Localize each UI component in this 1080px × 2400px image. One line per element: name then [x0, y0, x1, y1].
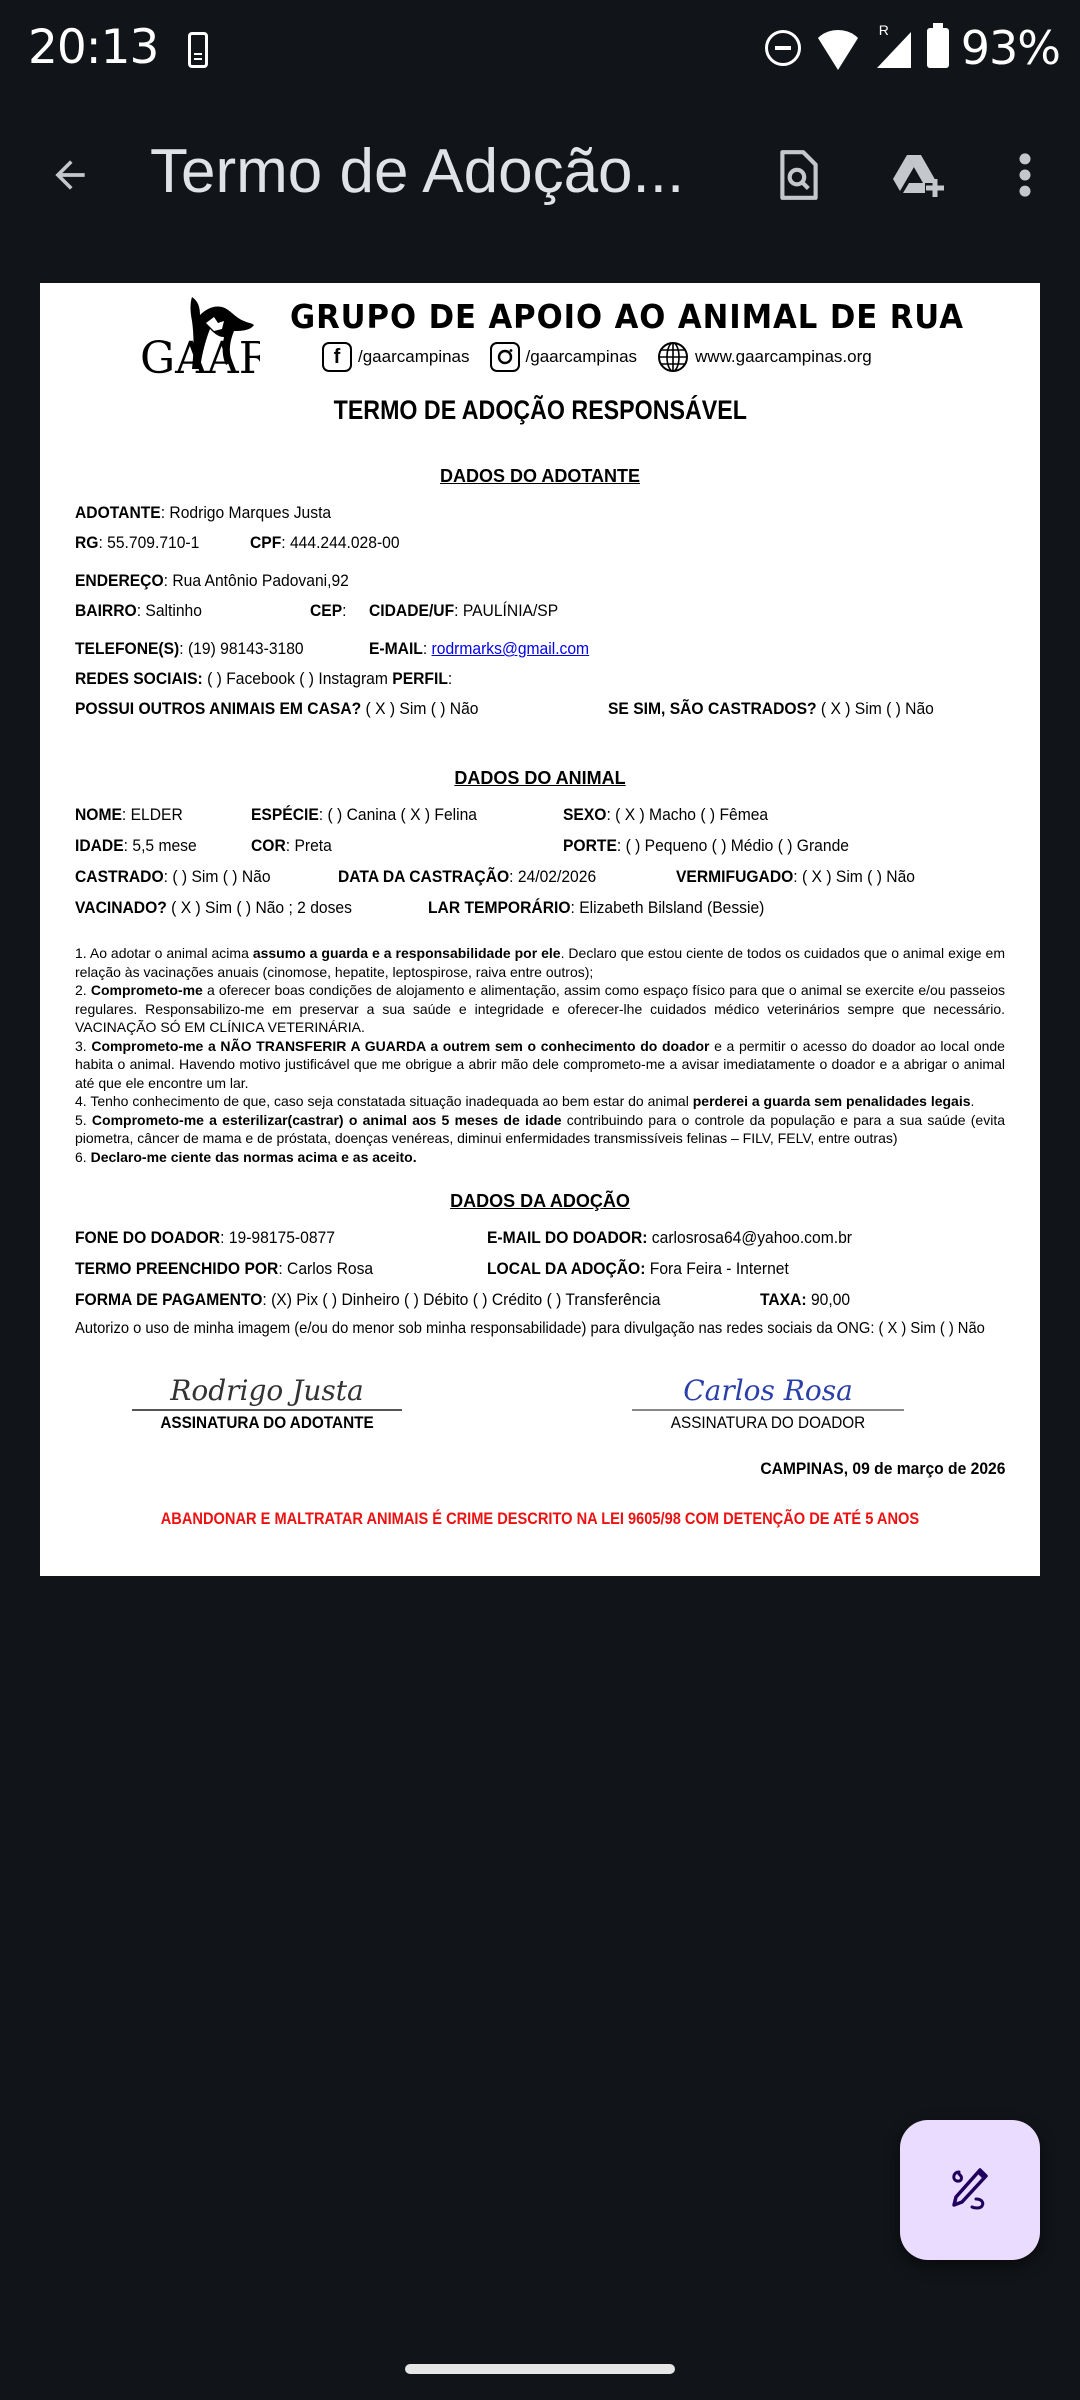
instagram-handle: /gaarcampinas [526, 347, 638, 367]
field-castrados: SE SIM, SÃO CASTRADOS? ( X ) Sim ( ) Não [608, 699, 934, 719]
add-to-drive-icon [891, 150, 947, 200]
field-outros-animais: POSSUI OUTROS ANIMAIS EM CASA? ( X ) Sim… [75, 699, 479, 719]
more-options-button[interactable] [992, 142, 1058, 208]
field-preenchido-por: TERMO PREENCHIDO POR: Carlos Rosa [75, 1259, 373, 1279]
value: 19-98175-0877 [229, 1228, 335, 1247]
term-bold-text: perderei a guarda sem penalidades legais [693, 1093, 971, 1109]
label: CIDADE/UF [369, 601, 454, 620]
value: ( X ) Macho ( ) Fêmea [615, 805, 768, 824]
field-endereco: ENDEREÇO: Rua Antônio Padovani,92 [75, 571, 349, 591]
value: Rua Antônio Padovani,92 [172, 571, 349, 590]
notification-icon [188, 32, 208, 68]
term-bold-text: Declaro-me ciente das normas acima e as … [91, 1149, 417, 1165]
signature-pen-icon [946, 2166, 994, 2214]
value: ( ) Facebook ( ) Instagram [207, 669, 388, 688]
field-adotante: ADOTANTE: Rodrigo Marques Justa [75, 503, 331, 523]
term-bold-text: Comprometo-me a NÃO TRANSFERIR A GUARDA … [91, 1038, 709, 1054]
value: 5,5 mese [132, 836, 196, 855]
label: CEP [310, 601, 342, 620]
doador-signature-script: Carlos Rosa [632, 1373, 904, 1409]
status-bar: 20:13 R 93% [0, 0, 1080, 100]
label: DATA DA CASTRAÇÃO [338, 867, 509, 886]
label: TAXA: [760, 1290, 807, 1309]
field-lar-temporario: LAR TEMPORÁRIO: Elizabeth Bilsland (Bess… [428, 898, 764, 918]
value: Fora Feira - Internet [650, 1259, 789, 1278]
term-text: 6. [75, 1149, 91, 1165]
value: 444.244.028-00 [290, 533, 400, 552]
label: E-MAIL [369, 639, 423, 658]
value: (X) Pix ( ) Dinheiro ( ) Débito ( ) Créd… [271, 1290, 660, 1309]
status-icons: R 93% [765, 18, 1060, 78]
field-especie: ESPÉCIE: ( ) Canina ( X ) Felina [251, 805, 477, 825]
legal-warning: ABANDONAR E MALTRATAR ANIMAIS É CRIME DE… [40, 1509, 1040, 1529]
value: ( X ) Sim ( ) Não [366, 699, 479, 718]
signature-label: ASSINATURA DO DOADOR [646, 1413, 891, 1433]
website-link[interactable]: www.gaarcampinas.org [657, 341, 872, 373]
value: ( ) Canina ( X ) Felina [328, 805, 478, 824]
document-main-title-text: TERMO DE ADOÇÃO RESPONSÁVEL [333, 395, 746, 426]
label: BAIRRO [75, 601, 137, 620]
perfil-label: PERFIL [392, 669, 448, 688]
adotante-signature-script: Rodrigo Justa [132, 1373, 402, 1409]
gesture-nav-handle[interactable] [405, 2364, 675, 2374]
document-page[interactable]: GAAR GRUPO DE APOIO AO ANIMAL DE RUA f /… [40, 283, 1040, 1576]
terms-list: 1. Ao adotar o animal acima assumo a gua… [75, 944, 1005, 1166]
dnd-icon [765, 30, 801, 66]
signature-adotante: Rodrigo Justa ASSINATURA DO ADOTANTE [132, 1373, 402, 1433]
value: Elizabeth Bilsland (Bessie) [579, 898, 764, 917]
field-idade: IDADE: 5,5 mese [75, 836, 197, 856]
term-text: 3. [75, 1038, 91, 1054]
field-nome: NOME: ELDER [75, 805, 183, 825]
term-item: 3. Comprometo-me a NÃO TRANSFERIR A GUAR… [75, 1037, 1005, 1093]
label: RG [75, 533, 98, 552]
signal-roaming-icon: R [875, 28, 911, 68]
globe-icon [657, 341, 689, 373]
app-bar: Termo de Adoção... [0, 100, 1080, 250]
value: ( ) Sim ( ) Não [172, 867, 270, 886]
field-cidade: CIDADE/UF: PAULÍNIA/SP [369, 601, 558, 621]
term-item: 1. Ao adotar o animal acima assumo a gua… [75, 944, 1005, 981]
value: ( X ) Sim ( ) Não ; 2 doses [171, 898, 352, 917]
signature-doador: Carlos Rosa ASSINATURA DO DOADOR [632, 1373, 904, 1433]
city-date: CAMPINAS, 09 de março de 2026 [760, 1459, 1005, 1479]
field-cpf: CPF: 444.244.028-00 [250, 533, 400, 553]
signature-label: ASSINATURA DO ADOTANTE [146, 1413, 389, 1433]
field-fone-doador: FONE DO DOADOR: 19-98175-0877 [75, 1228, 335, 1248]
field-castrado: CASTRADO: ( ) Sim ( ) Não [75, 867, 271, 887]
value: 90,00 [811, 1290, 850, 1309]
website-url: www.gaarcampinas.org [695, 347, 872, 367]
section-title-adocao: DADOS DA ADOÇÃO [40, 1191, 1040, 1212]
document-title: Termo de Adoção... [150, 136, 684, 207]
value: 55.709.710-1 [107, 533, 199, 552]
section-title-animal: DADOS DO ANIMAL [40, 768, 1040, 789]
term-text: . [971, 1093, 975, 1109]
value: Preta [294, 836, 331, 855]
term-item: 4. Tenho conhecimento de que, caso seja … [75, 1092, 1005, 1111]
label: LOCAL DA ADOÇÃO: [487, 1259, 645, 1278]
label: FORMA DE PAGAMENTO [75, 1290, 262, 1309]
term-text: Ao adotar o animal acima [90, 945, 253, 961]
term-text: 4. [75, 1093, 90, 1109]
instagram-icon [490, 342, 520, 372]
find-in-page-icon [774, 148, 824, 202]
field-vermifugado: VERMIFUGADO: ( X ) Sim ( ) Não [676, 867, 915, 887]
signature-line [132, 1409, 402, 1411]
social-links: f /gaarcampinas /gaarcampinas www.gaarca… [322, 341, 882, 373]
more-vert-icon [1018, 152, 1032, 198]
facebook-icon: f [322, 342, 352, 372]
label: NOME [75, 805, 122, 824]
battery-icon [927, 28, 949, 68]
label: E-MAIL DO DOADOR: [487, 1228, 647, 1247]
term-text: 2. [75, 982, 91, 998]
field-local-adocao: LOCAL DA ADOÇÃO: Fora Feira - Internet [487, 1259, 789, 1279]
term-item: 2. Comprometo-me a oferecer boas condiçõ… [75, 981, 1005, 1037]
legal-warning-text: ABANDONAR E MALTRATAR ANIMAIS É CRIME DE… [161, 1509, 919, 1529]
roaming-label: R [879, 22, 889, 38]
wifi-icon [813, 30, 863, 70]
value: Rodrigo Marques Justa [169, 503, 331, 522]
value: carlosrosa64@yahoo.com.br [652, 1228, 852, 1247]
back-arrow-icon [48, 153, 92, 197]
field-sexo: SEXO: ( X ) Macho ( ) Fêmea [563, 805, 768, 825]
field-email-doador: E-MAIL DO DOADOR: carlosrosa64@yahoo.com… [487, 1228, 852, 1248]
label: TERMO PREENCHIDO POR [75, 1259, 278, 1278]
value: PAULÍNIA/SP [463, 601, 558, 620]
term-bold-text: Comprometo-me a esterilizar(castrar) o a… [92, 1112, 562, 1128]
autorizo-imagem: Autorizo o uso de minha imagem (e/ou do … [75, 1320, 985, 1338]
field-rg: RG: 55.709.710-1 [75, 533, 199, 553]
annotate-button[interactable] [900, 2120, 1040, 2260]
label: VERMIFUGADO [676, 867, 793, 886]
facebook-link[interactable]: f /gaarcampinas [322, 342, 470, 372]
label: SE SIM, SÃO CASTRADOS? [608, 699, 817, 718]
label: SEXO [563, 805, 606, 824]
instagram-link[interactable]: /gaarcampinas [490, 342, 638, 372]
value: ( X ) Sim ( ) Não [821, 699, 934, 718]
value: ELDER [131, 805, 183, 824]
signature-line [632, 1409, 904, 1411]
term-item: 6. Declaro-me ciente das normas acima e … [75, 1148, 1005, 1167]
add-to-drive-button[interactable] [886, 142, 952, 208]
org-name: GRUPO DE APOIO AO ANIMAL DE RUA [290, 297, 964, 336]
value: ( X ) Sim ( ) Não [802, 867, 915, 886]
label: CPF [250, 533, 281, 552]
facebook-handle: /gaarcampinas [358, 347, 470, 367]
term-bold-text: Comprometo-me [91, 982, 203, 998]
field-forma-pagamento: FORMA DE PAGAMENTO: (X) Pix ( ) Dinheiro… [75, 1290, 660, 1310]
field-vacinado: VACINADO? ( X ) Sim ( ) Não ; 2 doses [75, 898, 352, 918]
field-cep: CEP: [310, 601, 347, 621]
gaar-logo: GAAR [140, 293, 260, 385]
label: COR [251, 836, 286, 855]
section-title-adotante: DADOS DO ADOTANTE [40, 466, 1040, 487]
term-text: a oferecer boas condições de alojamento … [75, 982, 1005, 1035]
label: IDADE [75, 836, 124, 855]
label: VACINADO? [75, 898, 167, 917]
term-bold-text: assumo a guarda e a responsabilidade por… [253, 945, 561, 961]
value: ( ) Pequeno ( ) Médio ( ) Grande [626, 836, 849, 855]
email-link[interactable]: rodrmarks@gmail.com [432, 639, 590, 658]
value: Saltinho [145, 601, 202, 620]
field-taxa: TAXA: 90,00 [760, 1290, 850, 1310]
term-text: Tenho conhecimento de que, caso seja con… [90, 1093, 692, 1109]
term-text: 5. [75, 1112, 92, 1128]
value: Carlos Rosa [287, 1259, 373, 1278]
field-porte: PORTE: ( ) Pequeno ( ) Médio ( ) Grande [563, 836, 849, 856]
label: ESPÉCIE [251, 805, 319, 824]
field-cor: COR: Preta [251, 836, 332, 856]
label: ADOTANTE [75, 503, 161, 522]
term-text: 1. [75, 945, 90, 961]
value: (19) 98143-3180 [188, 639, 304, 658]
battery-percent: 93% [961, 21, 1060, 75]
field-data-castracao: DATA DA CASTRAÇÃO: 24/02/2026 [338, 867, 596, 887]
field-bairro: BAIRRO: Saltinho [75, 601, 202, 621]
label: CASTRADO [75, 867, 164, 886]
logo-text: GAAR [140, 333, 260, 384]
label: ENDEREÇO [75, 571, 164, 590]
label: PORTE [563, 836, 617, 855]
value: 24/02/2026 [518, 867, 596, 886]
label: LAR TEMPORÁRIO [428, 898, 570, 917]
field-redes-sociais: REDES SOCIAIS: ( ) Facebook ( ) Instagra… [75, 669, 452, 689]
field-email: E-MAIL: rodrmarks@gmail.com [369, 639, 589, 659]
back-button[interactable] [40, 145, 100, 205]
term-item: 5. Comprometo-me a esterilizar(castrar) … [75, 1111, 1005, 1148]
document-main-title: TERMO DE ADOÇÃO RESPONSÁVEL [40, 395, 1040, 426]
label: POSSUI OUTROS ANIMAIS EM CASA? [75, 699, 361, 718]
status-time: 20:13 [28, 20, 158, 75]
document-header: GAAR GRUPO DE APOIO AO ANIMAL DE RUA f /… [40, 283, 1040, 443]
field-telefone: TELEFONE(S): (19) 98143-3180 [75, 639, 304, 659]
label: REDES SOCIAIS: [75, 669, 203, 688]
find-in-page-button[interactable] [766, 142, 832, 208]
label: FONE DO DOADOR [75, 1228, 220, 1247]
label: TELEFONE(S) [75, 639, 179, 658]
